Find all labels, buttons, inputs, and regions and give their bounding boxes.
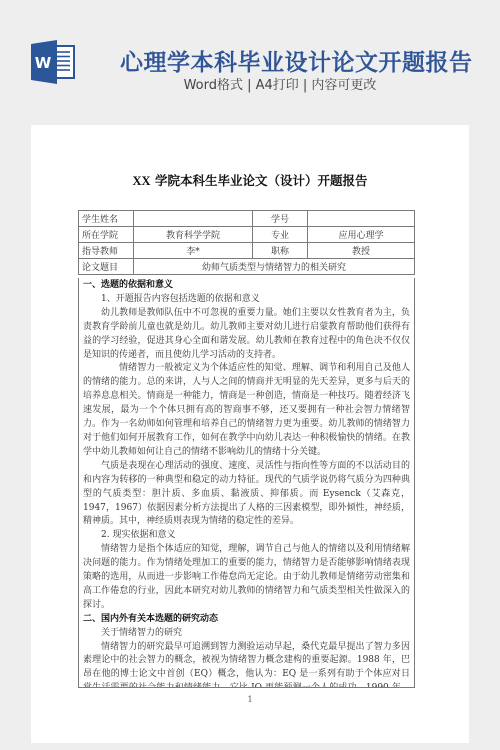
page-subtitle: Word格式 | A4打印 | 内容可更改 <box>120 74 440 93</box>
page-number: 1 <box>31 695 469 704</box>
table-row: 指导教师 李* 职称 教授 <box>79 243 415 259</box>
subsection-heading: 关于情绪智力的研究 <box>83 627 410 641</box>
section-heading: 二、国内外有关本选题的研究动态 <box>83 613 410 627</box>
paragraph: 幼儿教师是教师队伍中不可忽视的重要力量。她们主要以女性教育者为主，负责教育学龄前… <box>83 307 410 363</box>
student-id-value <box>308 211 415 227</box>
document-title-text: 学院本科生毕业论文（设计）开题报告 <box>151 173 368 188</box>
report-body: 一、选题的依据和意义 1、开题报告内容包括选题的依据和意义 幼儿教师是教师队伍中… <box>78 278 415 688</box>
college-value: 教育科学学院 <box>134 227 253 243</box>
info-table: 学生姓名 学号 所在学院 教育科学学院 专业 应用心理学 指导教师 李* 职称 … <box>78 210 415 275</box>
table-row: 学生姓名 学号 <box>79 211 415 227</box>
paragraph: 情绪智力的研究最早可追溯到智力测验运动早起，桑代克最早提出了智力多因素理论中的社… <box>83 641 410 688</box>
paragraph: 情绪智力是指个体适应的知觉，理解，调节自己与他人的情绪以及利用情绪解决问题的能力… <box>83 543 410 613</box>
subsection-heading: 2. 现实依据和意义 <box>83 529 410 543</box>
section-heading: 一、选题的依据和意义 <box>83 279 410 293</box>
student-name-value <box>134 211 253 227</box>
table-row: 论文题目 幼师气质类型与情绪智力的相关研究 <box>79 259 415 275</box>
advisor-title-label: 职称 <box>253 243 308 259</box>
banner-header: W 心理学本科毕业设计论文开题报告 Word格式 | A4打印 | 内容可更改 <box>0 0 500 110</box>
svg-text:W: W <box>35 54 52 72</box>
advisor-label: 指导教师 <box>79 243 134 259</box>
word-icon: W <box>31 40 77 84</box>
table-row: 所在学院 教育科学学院 专业 应用心理学 <box>79 227 415 243</box>
advisor-title-value: 教授 <box>308 243 415 259</box>
student-name-label: 学生姓名 <box>79 211 134 227</box>
major-value: 应用心理学 <box>308 227 415 243</box>
page-title: 心理学本科毕业设计论文开题报告 <box>120 44 440 77</box>
subsection-heading: 1、开题报告内容包括选题的依据和意义 <box>83 293 410 307</box>
document-title: XX 学院本科生毕业论文（设计）开题报告 <box>31 171 469 189</box>
paragraph: 气质是表现在心理活动的强度、速度、灵活性与指向性等方面的不以活动目的和内容为转移… <box>83 460 410 530</box>
paragraph: 情绪智力一般被定义为个体适应性的知觉、理解、调节和利用自己及他人的情绪的能力。总… <box>83 362 410 459</box>
topic-label: 论文题目 <box>79 259 134 275</box>
advisor-value: 李* <box>134 243 253 259</box>
major-label: 专业 <box>253 227 308 243</box>
document-page: XX 学院本科生毕业论文（设计）开题报告 学生姓名 学号 所在学院 教育科学学院… <box>31 125 469 743</box>
student-id-label: 学号 <box>253 211 308 227</box>
college-label: 所在学院 <box>79 227 134 243</box>
document-title-prefix: XX <box>133 174 151 188</box>
topic-value: 幼师气质类型与情绪智力的相关研究 <box>134 259 415 275</box>
